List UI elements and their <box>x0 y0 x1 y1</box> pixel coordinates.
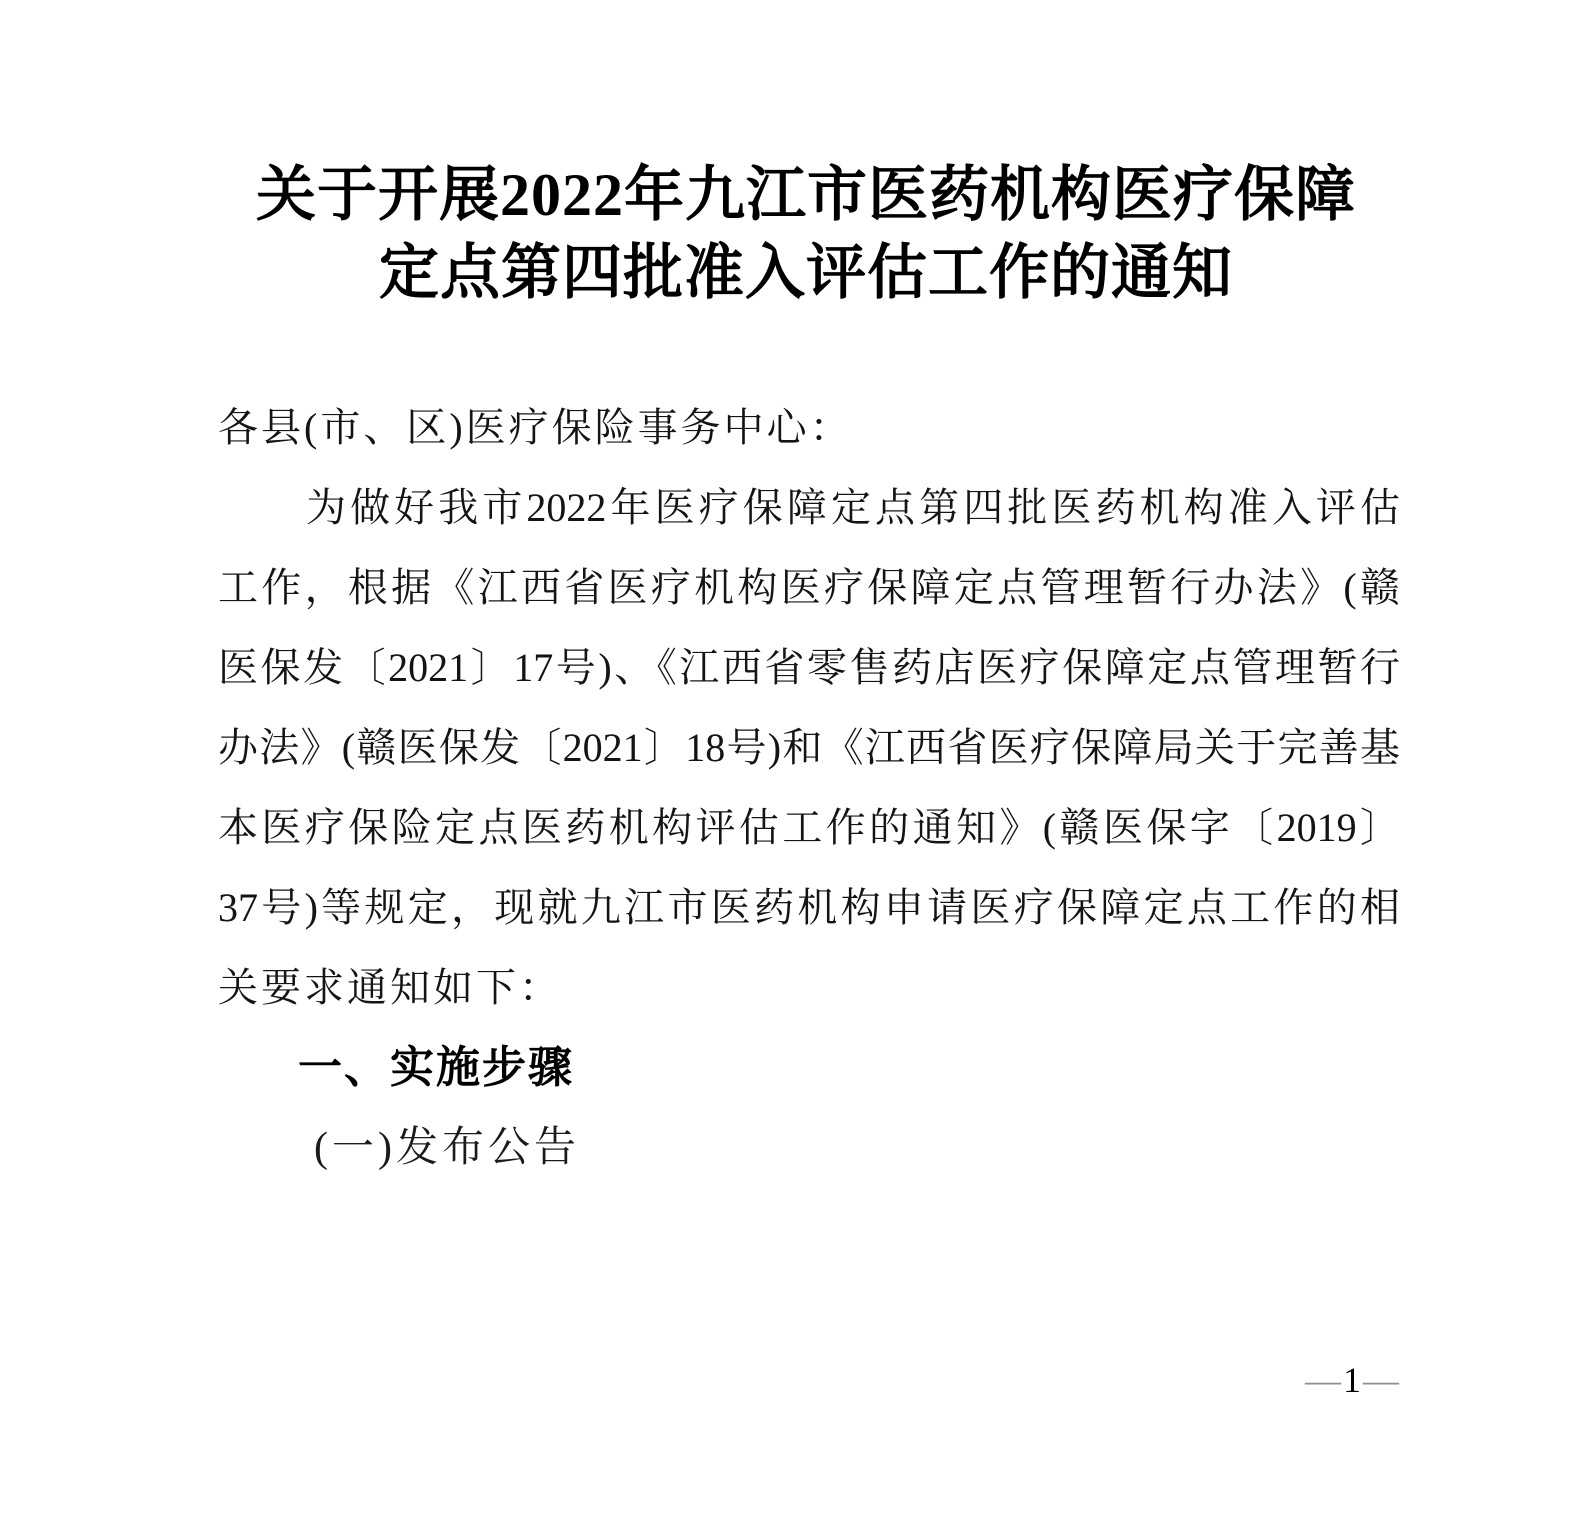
body-line-10: (一)发布公告 <box>218 1108 1400 1188</box>
page-number-dash-right: — <box>1363 1360 1399 1400</box>
body-line-4: 医保发〔2021〕17号)、《江西省零售药店医疗保障定点管理暂行 <box>218 628 1400 708</box>
page-number: —1— <box>1305 1358 1399 1402</box>
body-line-1: 各县(市、区)医疗保险事务中心： <box>218 388 1400 468</box>
document-page: 关于开展2022年九江市医药机构医疗保障 定点第四批准入评估工作的通知 各县(市… <box>0 0 1586 1522</box>
body-line-5: 办法》(赣医保发〔2021〕18号)和《江西省医疗保障局关于完善基 <box>218 708 1400 788</box>
body-line-6: 本医疗保险定点医药机构评估工作的通知》(赣医保字〔2019〕 <box>218 788 1400 868</box>
document-title: 关于开展2022年九江市医药机构医疗保障 定点第四批准入评估工作的通知 <box>215 156 1397 312</box>
body-line-9: 一、实施步骤 <box>218 1028 1400 1108</box>
body-text: 各县(市、区)医疗保险事务中心：为做好我市2022年医疗保障定点第四批医药机构准… <box>218 388 1400 1188</box>
document-title-line-1: 关于开展2022年九江市医药机构医疗保障 <box>215 156 1397 234</box>
page-number-dash-left: — <box>1305 1360 1341 1400</box>
document-title-line-2: 定点第四批准入评估工作的通知 <box>215 234 1397 312</box>
page-number-value: 1 <box>1341 1360 1363 1400</box>
body-line-2: 为做好我市2022年医疗保障定点第四批医药机构准入评估 <box>218 468 1400 548</box>
body-line-8: 关要求通知如下： <box>218 948 1400 1028</box>
body-line-7: 37号)等规定，现就九江市医药机构申请医疗保障定点工作的相 <box>218 868 1400 948</box>
body-line-3: 工作，根据《江西省医疗机构医疗保障定点管理暂行办法》(赣 <box>218 548 1400 628</box>
